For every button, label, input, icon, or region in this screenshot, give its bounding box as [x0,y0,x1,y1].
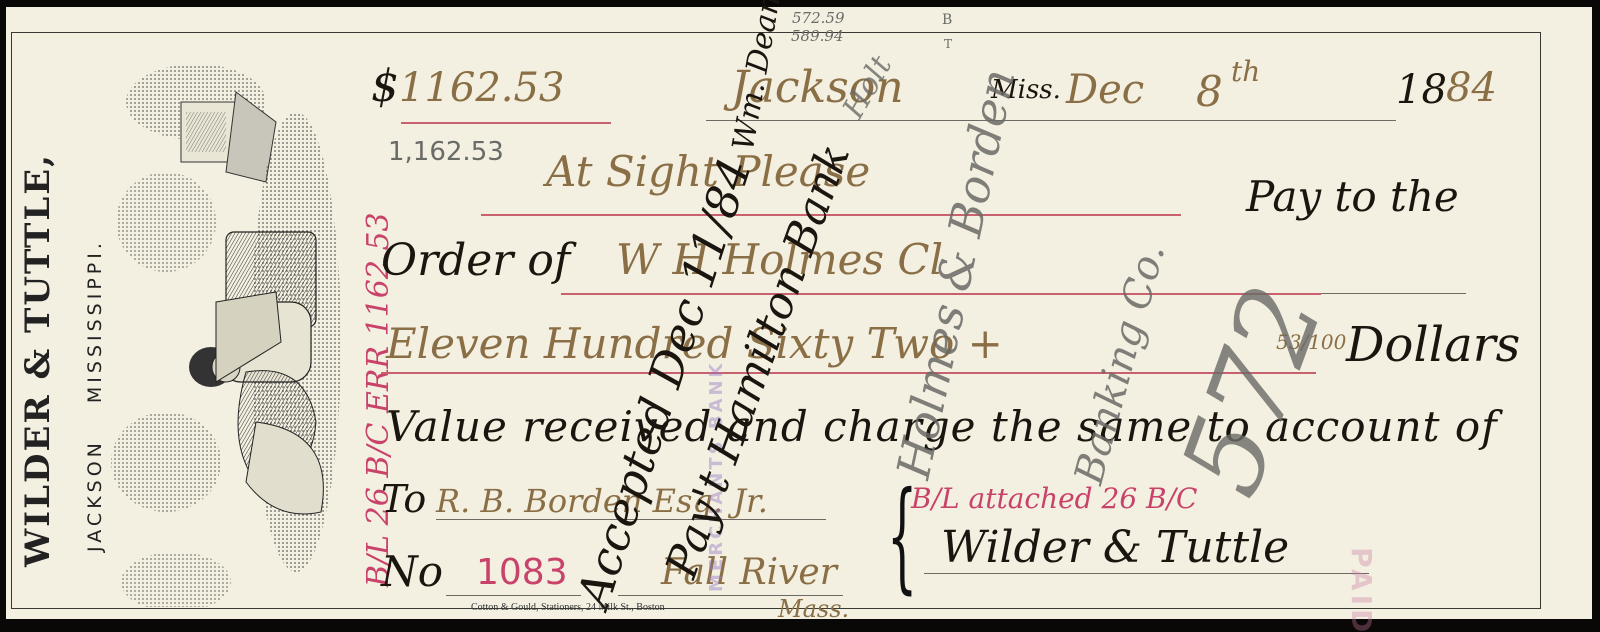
number-value: 1083 [476,552,568,593]
number-line [446,595,581,596]
amount-pencil-copy: 1,162.53 [388,137,504,167]
paid-stamp-pink: PAID [1345,547,1378,632]
payee-line-end [1321,293,1466,294]
pencil-note-t: T [944,37,952,51]
dollars-label: Dollars [1346,317,1520,373]
pencil-note-589: 589.94 [791,27,844,45]
date-day: 8 [1196,67,1223,116]
date-year-printed: 18 [1396,67,1447,113]
pencil-note-572: 572.59 [792,9,845,27]
pay-to-the-label: Pay to the [1246,172,1459,221]
date-month: Dec [1066,67,1144,113]
drawee-label: To [381,477,426,521]
order-of-label: Order of [381,235,570,286]
number-label: No [381,547,443,596]
company-state: MISSISSIPPI. [84,239,106,403]
cotton-vignette-illustration [106,42,346,607]
written-amount-underline [381,372,1316,374]
dollar-sign: $ [371,61,399,112]
drawer-signature: Wilder & Tuttle [941,522,1289,573]
pencil-note-b: B [942,12,952,28]
signature-line [924,573,1369,574]
date-day-suffix: th [1231,55,1260,88]
company-location: JACKSONMISSISSIPPI. [84,203,106,552]
attachment-note: B/L attached 26 B/C [911,482,1197,515]
date-year-written: 84 [1446,65,1497,111]
amount-figure: 1162.53 [399,65,564,111]
company-city: JACKSON [84,439,106,552]
amount-underline [401,122,611,124]
drawee-state: Mass. [778,595,849,623]
stationer-imprint: Cotton & Gould, Stationers, 24 Milk St.,… [471,602,665,613]
date-line [706,120,1396,121]
company-name: WILDER & TUTTLE, [18,153,58,567]
check-paper: WILDER & TUTTLE, JACKSONMISSISSIPPI. B/L… [6,7,1592,619]
